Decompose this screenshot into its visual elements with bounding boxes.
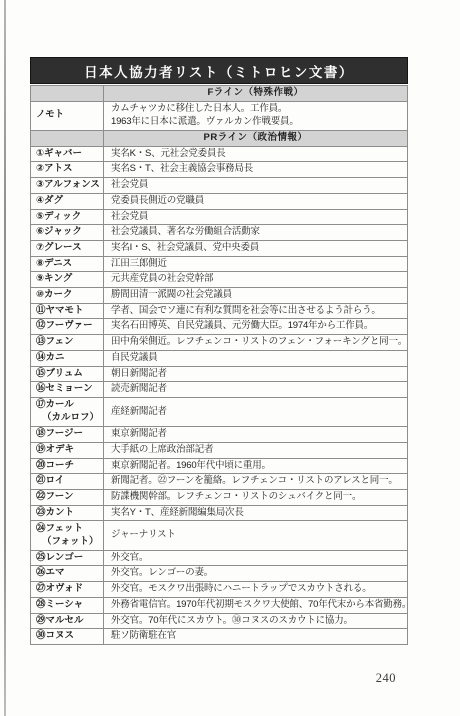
codename-cell: ㉚コヌス (31, 629, 104, 645)
codename-cell: ④ダグ (31, 193, 104, 209)
codename-cell: ①ギャバー (31, 146, 104, 162)
description-text: 産経新聞記者 (111, 406, 405, 419)
codename-cell: ㉑ロイ (31, 474, 104, 490)
section-header-label: Fライン（特殊作戦） (104, 86, 408, 102)
codename-text: ⑯セミョーン (36, 382, 101, 397)
page-number: 240 (376, 671, 396, 686)
description-text: 田中角栄側近。レフチェンコ・リストのフェン・フォーキングと同一。 (111, 335, 405, 350)
description-text: 朝日新聞記者 (111, 367, 405, 382)
codename-text: ①ギャバー (36, 147, 101, 162)
description-text: ジャーナリスト (111, 529, 405, 542)
description-text: 大手紙の上席政治部記者 (111, 443, 405, 458)
codename-cell: ⑰カール（カルロフ） (31, 397, 104, 426)
table-row: ⑰カール（カルロフ）産経新聞記者 (31, 397, 408, 426)
description-text: 元共産党員の社会党幹部 (111, 272, 405, 287)
codename-text: ㉕レンゴー (36, 551, 101, 566)
codename-text: ㉑ロイ (36, 474, 101, 489)
description-text: 東京新聞記者 (111, 427, 405, 442)
codename-text: ㉗オヴォド (36, 582, 101, 597)
description-text: 自民党議員 (111, 351, 405, 366)
description-text: 防諜機関幹部。レフチェンコ・リストのシュバイクと同一。 (111, 490, 405, 505)
description-text: 実名S・T、社会主義協会事務局長 (111, 162, 405, 177)
codename-text: ⑩カーク (36, 288, 101, 303)
description-text: 外交官。70年代にスカウト。㉚コヌスのスカウトに協力。 (111, 614, 405, 629)
description-cell: 読売新聞記者 (104, 382, 408, 398)
table-row: ⑮ブリュム朝日新聞記者 (31, 366, 408, 382)
collaborators-table: Fライン（特殊作戦）ノモトカムチャツカに移住した日本人。工作員。1963年に日本… (30, 85, 408, 645)
table-row: ⑱フージー東京新聞記者 (31, 427, 408, 443)
codename-text: ㉙マルセル (36, 614, 101, 629)
codename-text: ㉚コヌス (36, 629, 101, 644)
table-row: ㉖エマ外交官。レンゴーの妻。 (31, 566, 408, 582)
codename-cell: ㉙マルセル (31, 613, 104, 629)
codename-cell: ⑥ジャック (31, 225, 104, 241)
table-row: ⑯セミョーン読売新聞記者 (31, 382, 408, 398)
description-text-line2: 1963年に日本に派遣。ヴァルカン作戦要員。 (111, 116, 405, 129)
description-cell: 実名石田博英、自民党議員、元労働大臣。1974年から工作員。 (104, 319, 408, 335)
codename-text: ㉖エマ (36, 566, 101, 581)
codename-text: ㉓カント (36, 506, 101, 521)
table-row: ㉘ミーシャ外務省電信官。1970年代初期モスクワ大使館、70年代末から本省勤務。 (31, 597, 408, 613)
scanned-document-table: 日本人協力者リスト（ミトロヒン文書） Fライン（特殊作戦）ノモトカムチャツカに移… (30, 57, 408, 645)
description-cell: 実名Y・T、産経新聞編集局次長 (104, 505, 408, 521)
table-row: ㉙マルセル外交官。70年代にスカウト。㉚コヌスのスカウトに協力。 (31, 613, 408, 629)
description-text: 社会党員 (111, 210, 405, 225)
table-row: ⑦グレース実名I・S、社会党議員、党中央委員 (31, 240, 408, 256)
section-header-row: Fライン（特殊作戦） (31, 86, 408, 102)
codename-text: ⑤ディック (36, 210, 101, 225)
description-cell: 学者、国会でソ連に有利な質問を社会等に出させるよう計らう。 (104, 303, 408, 319)
codename-cell: ⑬フェン (31, 335, 104, 351)
table-row: ㉒フーン防諜機関幹部。レフチェンコ・リストのシュバイクと同一。 (31, 490, 408, 506)
table-row: ㉑ロイ新聞記者。㉒フーンを籠絡。レフチェンコ・リストのアレスと同一。 (31, 474, 408, 490)
codename-cell: ⑮ブリュム (31, 366, 104, 382)
description-cell: 東京新聞記者。1960年代中頃に重用。 (104, 458, 408, 474)
codename-cell: ㉘ミーシャ (31, 597, 104, 613)
description-cell: 田中角栄側近。レフチェンコ・リストのフェン・フォーキングと同一。 (104, 335, 408, 351)
description-text: 実名石田博英、自民党議員、元労働大臣。1974年から工作員。 (111, 319, 405, 334)
table-row: ①ギャバー実名K・S、元社会党委員長 (31, 146, 408, 162)
codename-text: ⑲オデキ (36, 443, 101, 458)
section-header-empty-cell (31, 131, 104, 147)
description-text: 新聞記者。㉒フーンを籠絡。レフチェンコ・リストのアレスと同一。 (111, 474, 405, 489)
description-text: 党委員長側近の党職員 (111, 194, 405, 209)
table-row: ㉕レンゴー外交官。 (31, 550, 408, 566)
description-cell: 社会党議員、著名な労働組合活動家 (104, 225, 408, 241)
table-row: ⑳コーチ東京新聞記者。1960年代中頃に重用。 (31, 458, 408, 474)
table-row: ⑩カーク勝間田清一派閥の社会党議員 (31, 288, 408, 304)
codename-text: ⑮ブリュム (36, 367, 101, 382)
table-row: ⑤ディック社会党員 (31, 209, 408, 225)
table-row: ⑲オデキ大手紙の上席政治部記者 (31, 442, 408, 458)
codename-text: ②アトス (36, 162, 101, 177)
table-row: ⑧デニス江田三郎側近 (31, 256, 408, 272)
description-cell: 大手紙の上席政治部記者 (104, 442, 408, 458)
table-row: ④ダグ党委員長側近の党職員 (31, 193, 408, 209)
codename-text: ⑭カニ (36, 351, 101, 366)
codename-alt-text: （フォット） (36, 536, 101, 549)
section-header-empty-cell (31, 86, 104, 102)
description-text: 江田三郎側近 (111, 257, 405, 272)
description-cell: 外交官。70年代にスカウト。㉚コヌスのスカウトに協力。 (104, 613, 408, 629)
table-row: ノモトカムチャツカに移住した日本人。工作員。1963年に日本に派遣。ヴァルカン作… (31, 101, 408, 130)
description-cell: 元共産党員の社会党幹部 (104, 272, 408, 288)
description-text: 勝間田清一派閥の社会党議員 (111, 288, 405, 303)
codename-cell: ⑫フーヴァー (31, 319, 104, 335)
codename-text: ㉘ミーシャ (36, 598, 101, 613)
description-text: 学者、国会でソ連に有利な質問を社会等に出させるよう計らう。 (111, 304, 405, 319)
description-cell: 実名S・T、社会主義協会事務局長 (104, 162, 408, 178)
codename-text: ⑫フーヴァー (36, 319, 101, 334)
codename-cell: ノモト (31, 101, 104, 130)
codename-text: ④ダグ (36, 194, 101, 209)
page-edge-scan-line (4, 0, 6, 716)
description-cell: 社会党員 (104, 209, 408, 225)
codename-text: ⑳コーチ (36, 459, 101, 474)
table-row: ㉗オヴォド外交官。モスクワ出張時にハニートラップでスカウトされる。 (31, 582, 408, 598)
description-cell: 新聞記者。㉒フーンを籠絡。レフチェンコ・リストのアレスと同一。 (104, 474, 408, 490)
description-cell: 実名I・S、社会党議員、党中央委員 (104, 240, 408, 256)
description-text: カムチャツカに移住した日本人。工作員。 (111, 103, 405, 116)
codename-cell: ⑲オデキ (31, 442, 104, 458)
codename-cell: ㉕レンゴー (31, 550, 104, 566)
table-row: ㉔フェット（フォット）ジャーナリスト (31, 521, 408, 550)
table-row: ㉚コヌス駐ソ防衛駐在官 (31, 629, 408, 645)
codename-cell: ⑯セミョーン (31, 382, 104, 398)
description-text: 外交官。レンゴーの妻。 (111, 566, 405, 581)
codename-text: ノモト (36, 109, 101, 122)
description-text: 東京新聞記者。1960年代中頃に重用。 (111, 459, 405, 474)
table-row: ⑨キング元共産党員の社会党幹部 (31, 272, 408, 288)
table-row: ⑫フーヴァー実名石田博英、自民党議員、元労働大臣。1974年から工作員。 (31, 319, 408, 335)
description-text: 読売新聞記者 (111, 382, 405, 397)
table-row: ⑥ジャック社会党議員、著名な労働組合活動家 (31, 225, 408, 241)
table-row: ㉓カント実名Y・T、産経新聞編集局次長 (31, 505, 408, 521)
table-row: ⑪ヤマモト学者、国会でソ連に有利な質問を社会等に出させるよう計らう。 (31, 303, 408, 319)
codename-text: ⑰カール (36, 399, 101, 412)
table-row: ⑬フェン田中角栄側近。レフチェンコ・リストのフェン・フォーキングと同一。 (31, 335, 408, 351)
description-cell: カムチャツカに移住した日本人。工作員。1963年に日本に派遣。ヴァルカン作戦要員… (104, 101, 408, 130)
codename-cell: ㉗オヴォド (31, 582, 104, 598)
description-text: 外交官。 (111, 551, 405, 566)
codename-cell: ⑨キング (31, 272, 104, 288)
description-cell: 自民党議員 (104, 350, 408, 366)
description-cell: 社会党員 (104, 178, 408, 194)
table-row: ⑭カニ自民党議員 (31, 350, 408, 366)
codename-cell: ⑩カーク (31, 288, 104, 304)
description-cell: ジャーナリスト (104, 521, 408, 550)
codename-cell: ⑦グレース (31, 240, 104, 256)
description-cell: 党委員長側近の党職員 (104, 193, 408, 209)
description-text: 実名K・S、元社会党委員長 (111, 147, 405, 162)
codename-cell: ⑧デニス (31, 256, 104, 272)
codename-text: ⑱フージー (36, 427, 101, 442)
table-row: ③アルフォンス社会党員 (31, 178, 408, 194)
codename-text: ㉔フェット (36, 523, 101, 536)
description-text: 外交官。モスクワ出張時にハニートラップでスカウトされる。 (111, 582, 405, 597)
description-text: 社会党員 (111, 178, 405, 193)
section-header-label: PRライン（政治情報） (104, 131, 408, 147)
description-text: 外務省電信官。1970年代初期モスクワ大使館、70年代末から本省勤務。 (111, 598, 405, 613)
description-cell: 朝日新聞記者 (104, 366, 408, 382)
codename-cell: ㉒フーン (31, 490, 104, 506)
codename-cell: ⑪ヤマモト (31, 303, 104, 319)
table-title: 日本人協力者リスト（ミトロヒン文書） (30, 57, 408, 84)
codename-cell: ㉔フェット（フォット） (31, 521, 104, 550)
description-cell: 勝間田清一派閥の社会党議員 (104, 288, 408, 304)
description-cell: 実名K・S、元社会党委員長 (104, 146, 408, 162)
codename-cell: ㉖エマ (31, 566, 104, 582)
codename-cell: ⑭カニ (31, 350, 104, 366)
codename-text: ⑧デニス (36, 257, 101, 272)
section-header-text: Fライン（特殊作戦） (104, 86, 407, 101)
codename-text: ⑦グレース (36, 241, 101, 256)
section-header-row: PRライン（政治情報） (31, 131, 408, 147)
codename-text: ③アルフォンス (36, 178, 101, 193)
codename-text: ⑥ジャック (36, 225, 101, 240)
codename-text: ⑪ヤマモト (36, 304, 101, 319)
codename-text: ㉒フーン (36, 490, 101, 505)
description-cell: 東京新聞記者 (104, 427, 408, 443)
description-cell: 外交官。レンゴーの妻。 (104, 566, 408, 582)
description-text: 実名Y・T、産経新聞編集局次長 (111, 506, 405, 521)
table-row: ②アトス実名S・T、社会主義協会事務局長 (31, 162, 408, 178)
codename-cell: ㉓カント (31, 505, 104, 521)
codename-cell: ⑱フージー (31, 427, 104, 443)
description-text: 駐ソ防衛駐在官 (111, 629, 405, 644)
codename-cell: ⑤ディック (31, 209, 104, 225)
codename-text: ⑨キング (36, 272, 101, 287)
description-cell: 産経新聞記者 (104, 397, 408, 426)
description-cell: 外務省電信官。1970年代初期モスクワ大使館、70年代末から本省勤務。 (104, 597, 408, 613)
codename-cell: ③アルフォンス (31, 178, 104, 194)
codename-cell: ⑳コーチ (31, 458, 104, 474)
description-cell: 外交官。 (104, 550, 408, 566)
codename-text: ⑬フェン (36, 335, 101, 350)
codename-alt-text: （カルロフ） (36, 412, 101, 425)
description-text: 社会党議員、著名な労働組合活動家 (111, 225, 405, 240)
section-header-text: PRライン（政治情報） (104, 131, 407, 146)
description-cell: 駐ソ防衛駐在官 (104, 629, 408, 645)
description-cell: 防諜機関幹部。レフチェンコ・リストのシュバイクと同一。 (104, 490, 408, 506)
description-cell: 江田三郎側近 (104, 256, 408, 272)
codename-cell: ②アトス (31, 162, 104, 178)
description-text: 実名I・S、社会党議員、党中央委員 (111, 241, 405, 256)
description-cell: 外交官。モスクワ出張時にハニートラップでスカウトされる。 (104, 582, 408, 598)
